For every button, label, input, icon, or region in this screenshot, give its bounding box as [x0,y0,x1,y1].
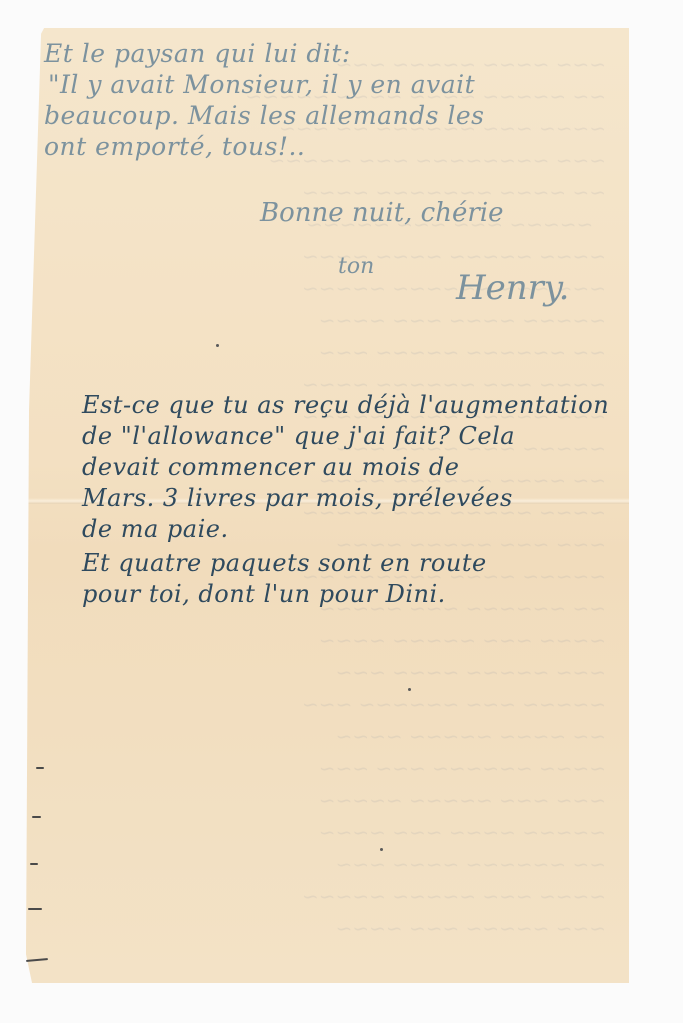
text-line: Et quatre paquets sont en route [82,548,487,579]
closing-sign-off: ton [338,254,374,279]
text-line: de "l'allowance" que j'ai fait? Cela [82,421,609,452]
text-line: "Il y avait Monsieur, il y en avait [48,69,485,100]
text-line: beaucoup. Mais les allemands les [44,100,485,131]
margin-tick-mark [30,863,38,865]
postscript-paragraph-2: Et quatre paquets sont en route pour toi… [82,548,487,610]
ink-speck [216,344,219,347]
postscript-paragraph-1: Est-ce que tu as reçu déjà l'augmentatio… [82,390,609,545]
signature: Henry. [456,268,569,308]
ink-speck [408,688,411,691]
text-line: ont emporté, tous!.. [44,131,485,162]
ink-speck [380,848,383,851]
text-line: pour toi, dont l'un pour Dini. [82,579,487,610]
text-line: de ma paie. [82,514,609,545]
top-paragraph: Et le paysan qui lui dit: "Il y avait Mo… [44,38,485,162]
margin-tick-mark [32,816,41,818]
text-line: Est-ce que tu as reçu déjà l'augmentatio… [82,390,609,421]
text-line: Et le paysan qui lui dit: [44,38,485,69]
scanned-letter: ~~~ ~~~~ ~~~~~ ~~~ ~~ ~~~~~ ~~~~ ~~~~ ~~… [0,0,683,1023]
paper-sheet: ~~~ ~~~~ ~~~~~ ~~~ ~~ ~~~~~ ~~~~ ~~~~ ~~… [26,28,629,983]
margin-tick-mark [36,767,44,769]
text-line: Mars. 3 livres par mois, prélevées [82,483,609,514]
text-line: devait commencer au mois de [82,452,609,483]
margin-tick-mark [28,908,42,910]
closing-salutation: Bonne nuit, chérie [260,198,504,228]
